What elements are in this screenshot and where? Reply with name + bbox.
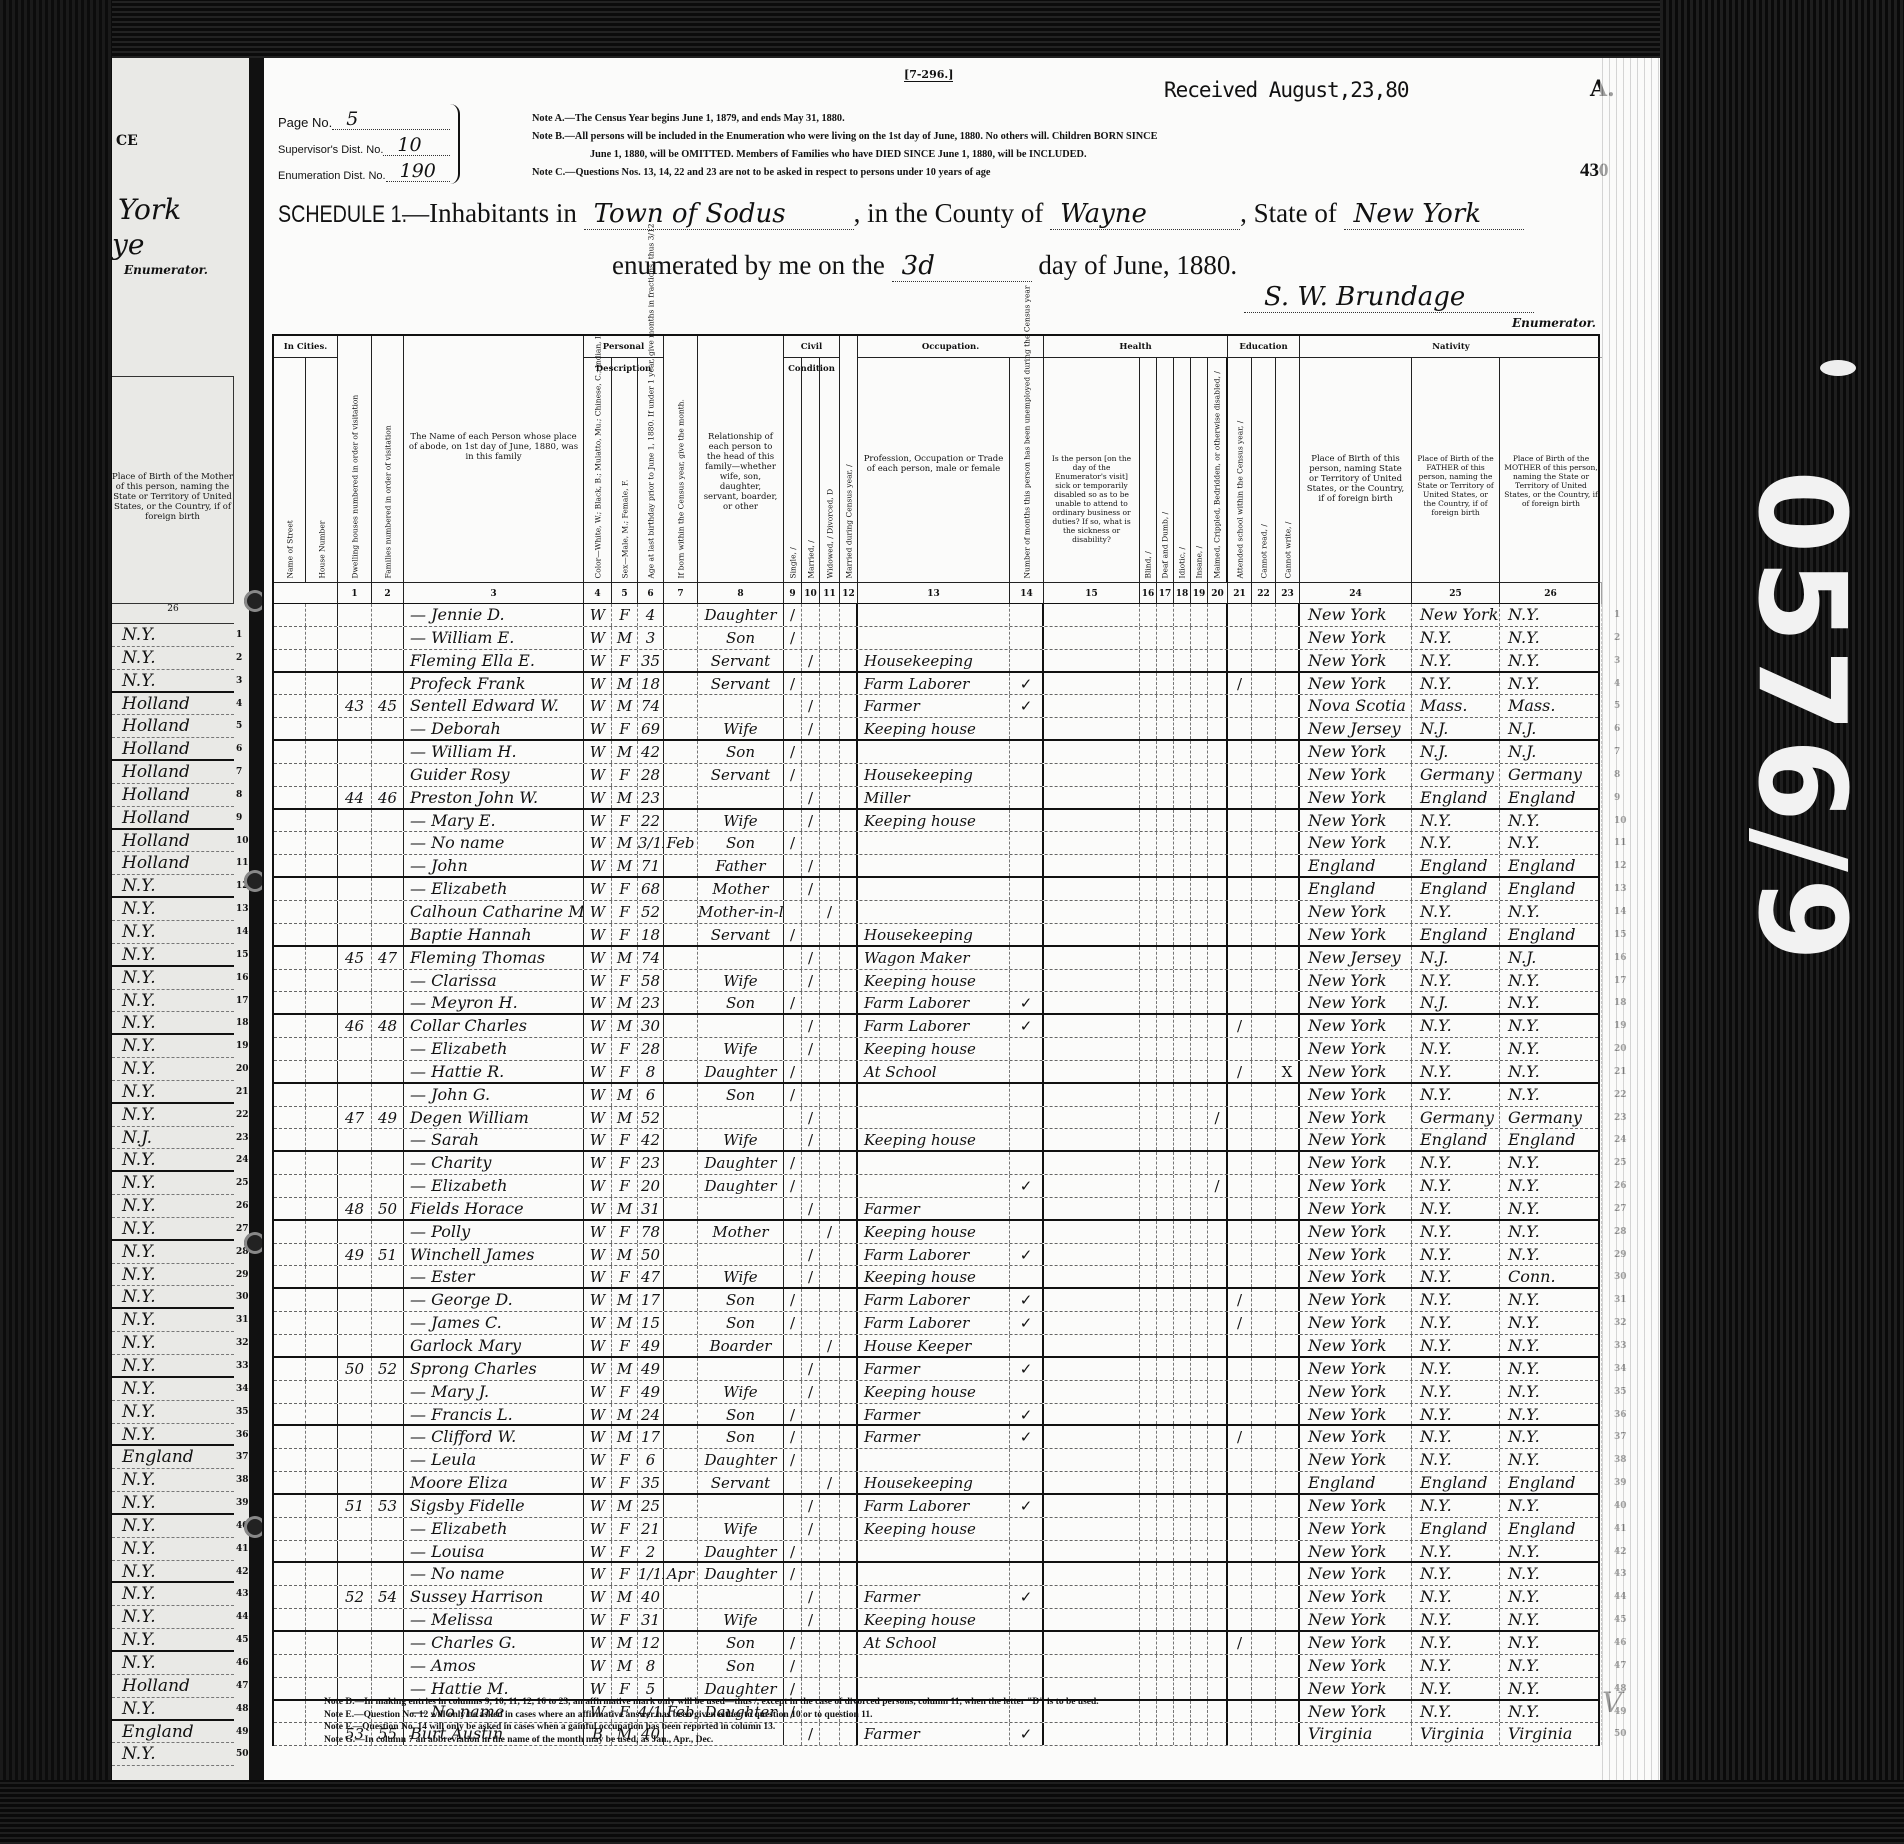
cell-cannot_write (1276, 1563, 1300, 1585)
cell-single: / (784, 1084, 802, 1106)
cell-father: England (1412, 787, 1500, 808)
cell-occupation: Farmer (858, 1586, 1010, 1608)
cell-mdc (840, 1107, 858, 1129)
cell-street (274, 1495, 306, 1517)
cell-single: / (784, 924, 802, 945)
cell-idiotic (1174, 1426, 1191, 1448)
cell-street (274, 1175, 306, 1197)
cell-widowed (820, 878, 840, 900)
cell-dwelling (338, 1084, 372, 1106)
col-23: Cannot write, / (1276, 358, 1300, 582)
cell-house (306, 924, 338, 945)
cell-idiotic (1174, 855, 1191, 876)
cell-occupation: Keeping house (858, 1038, 1010, 1060)
cell-name: — Amos (404, 1655, 584, 1677)
cell-widowed (820, 947, 840, 969)
prev-mother-birthplace: N.Y. (112, 624, 234, 647)
cell-house (306, 604, 338, 626)
cell-family (372, 855, 404, 876)
cell-mdc (840, 924, 858, 945)
cell-age: 31 (638, 1609, 664, 1630)
prev-mother-birthplace: Holland (112, 1675, 234, 1698)
cell-cannot_read (1252, 970, 1276, 992)
cell-age: 74 (638, 695, 664, 717)
cell-cannot_write (1276, 855, 1300, 876)
cell-mother: N.Y. (1500, 1358, 1602, 1380)
cell-color: W (584, 1084, 612, 1106)
cell-month (664, 855, 698, 876)
cell-blind (1140, 1495, 1157, 1517)
cell-relation (698, 947, 784, 969)
cell-month (664, 878, 698, 900)
cell-birth: New York (1300, 1015, 1412, 1037)
cell-occupation: Farmer (858, 695, 1010, 717)
cell-occupation (858, 901, 1010, 923)
cell-cannot_read (1252, 1107, 1276, 1129)
line-number: 41 (1614, 1518, 1638, 1540)
cell-insane (1191, 1266, 1208, 1287)
cell-mdc (840, 1061, 858, 1082)
schedule-label: SCHEDULE 1. (278, 201, 407, 229)
prev-line-numbers: 1234567891011121314151617181920212223242… (236, 624, 252, 1766)
cell-cannot_write (1276, 878, 1300, 900)
cell-mdc (840, 970, 858, 992)
page-no-label: Page No. (278, 115, 332, 130)
cell-relation (698, 695, 784, 717)
cell-relation: Wife (698, 970, 784, 992)
cell-cannot_read (1252, 1358, 1276, 1380)
cell-sick (1044, 787, 1140, 808)
cell-blind (1140, 604, 1157, 626)
cell-color: W (584, 787, 612, 808)
col-number: 24 (1300, 582, 1412, 604)
cell-street (274, 1084, 306, 1106)
cell-color: W (584, 1244, 612, 1266)
cell-deaf (1157, 1061, 1174, 1082)
col-number: 7 (664, 582, 698, 604)
col-9: Single, / (784, 358, 802, 582)
table-row: — Meyron H.WM23Son/Farm Laborer✓New York… (274, 992, 1598, 1015)
table-row: Moore ElizaWF35Servant/HousekeepingEngla… (274, 1472, 1598, 1495)
cell-single: / (784, 1152, 802, 1174)
line-number: 18 (1614, 992, 1638, 1014)
cell-house (306, 810, 338, 832)
cell-maimed (1208, 878, 1228, 900)
prev-enumerator-fragment: ye (112, 228, 144, 261)
table-row: 5254Sussey HarrisonWM40/Farmer✓New YorkN… (274, 1586, 1598, 1609)
cell-color: W (584, 650, 612, 671)
cell-sex: F (612, 650, 638, 671)
supervisor-line: Supervisor's Dist. No. 10 (278, 130, 450, 156)
cell-mother: England (1500, 1472, 1602, 1493)
cell-idiotic (1174, 1472, 1191, 1493)
col-number: 21 (1228, 582, 1252, 604)
cell-house (306, 627, 338, 649)
note-b-cont: June 1, 1880, will be OMITTED. Members o… (532, 146, 1572, 164)
cell-house (306, 1518, 338, 1540)
cell-street (274, 1655, 306, 1677)
cell-dwelling (338, 1518, 372, 1540)
cell-month: Feb (664, 832, 698, 854)
cell-widowed (820, 1038, 840, 1060)
table-row: — Francis L.WM24Son/Farmer✓New YorkN.Y.N… (274, 1404, 1598, 1427)
cell-mdc (840, 992, 858, 1013)
cell-dwelling (338, 1175, 372, 1197)
table-row: — JohnWM71Father/EnglandEnglandEngland12 (274, 855, 1598, 878)
cell-occupation: Farmer (858, 1358, 1010, 1380)
cell-mdc (840, 1586, 858, 1608)
cell-cannot_read (1252, 1084, 1276, 1106)
cell-street (274, 947, 306, 969)
cell-married: / (802, 787, 820, 808)
cell-blind (1140, 1632, 1157, 1654)
cell-mdc (840, 673, 858, 695)
cell-month (664, 1175, 698, 1197)
cell-deaf (1157, 992, 1174, 1013)
cell-cannot_write (1276, 1472, 1300, 1493)
cell-relation (698, 1107, 784, 1129)
table-row: Profeck FrankWM18Servant/Farm Laborer✓/N… (274, 673, 1598, 696)
cell-blind (1140, 1381, 1157, 1403)
cell-family (372, 992, 404, 1013)
cell-age: 50 (638, 1244, 664, 1266)
cell-cannot_read (1252, 1449, 1276, 1471)
cell-cannot_write (1276, 604, 1300, 626)
cell-widowed (820, 627, 840, 649)
cell-color: W (584, 1655, 612, 1677)
cell-widowed: / (820, 901, 840, 923)
prev-mother-birthplace: N.Y. (112, 1606, 234, 1629)
cell-birth: New York (1300, 1198, 1412, 1219)
cell-married: / (802, 1198, 820, 1219)
cell-father: N.J. (1412, 741, 1500, 763)
table-row: — LouisaWF2Daughter/New YorkN.Y.N.Y.42 (274, 1541, 1598, 1564)
cell-cannot_write (1276, 764, 1300, 786)
cell-mdc (840, 650, 858, 671)
cell-age: 28 (638, 1038, 664, 1060)
table-row: — William E.WM3Son/New YorkN.Y.N.Y.2 (274, 627, 1598, 650)
cell-school: / (1228, 1289, 1252, 1311)
cell-unemployed (1010, 901, 1044, 923)
cell-cannot_read (1252, 1586, 1276, 1608)
cell-unemployed (1010, 1221, 1044, 1243)
cell-father: N.Y. (1412, 1632, 1500, 1654)
cell-family (372, 627, 404, 649)
cell-father: England (1412, 1129, 1500, 1150)
cell-school (1228, 787, 1252, 808)
cell-month (664, 1266, 698, 1287)
cell-street (274, 1244, 306, 1266)
cell-married: / (802, 718, 820, 739)
cell-name: Winchell James (404, 1244, 584, 1266)
cell-age: 12 (638, 1632, 664, 1654)
cell-name: — George D. (404, 1289, 584, 1311)
cell-cannot_read (1252, 1655, 1276, 1677)
cell-single (784, 1518, 802, 1540)
cell-insane (1191, 832, 1208, 854)
cell-family (372, 924, 404, 945)
cell-family: 52 (372, 1358, 404, 1380)
prev-line-number: 24 (236, 1149, 252, 1172)
prev-mother-birthplaces: N.Y.N.Y.N.Y.HollandHollandHollandHolland… (112, 624, 234, 1766)
cell-sick (1044, 1129, 1140, 1150)
cell-deaf (1157, 673, 1174, 695)
cell-color: W (584, 695, 612, 717)
table-row: 4749Degen WilliamWM52//New YorkGermanyGe… (274, 1107, 1598, 1130)
cell-deaf (1157, 1312, 1174, 1334)
cell-street (274, 1266, 306, 1287)
cell-mdc (840, 855, 858, 876)
cell-street (274, 1518, 306, 1540)
cell-insane (1191, 1495, 1208, 1517)
cell-school (1228, 1586, 1252, 1608)
col-number: 2 (372, 582, 404, 604)
col-18: Idiotic, / (1174, 358, 1191, 582)
cell-school (1228, 1335, 1252, 1356)
cell-sex: M (612, 947, 638, 969)
prev-line-number: 16 (236, 967, 252, 990)
cell-school (1228, 1655, 1252, 1677)
cell-family (372, 810, 404, 832)
cell-maimed (1208, 627, 1228, 649)
table-row: — ClarissaWF58Wife/Keeping houseNew York… (274, 970, 1598, 993)
cell-sex: M (612, 695, 638, 717)
cell-widowed (820, 970, 840, 992)
cell-insane (1191, 1107, 1208, 1129)
cell-single (784, 1586, 802, 1608)
cell-cannot_write (1276, 1244, 1300, 1266)
cell-maimed (1208, 1449, 1228, 1471)
cell-house (306, 741, 338, 763)
census-table: In Cities. Name of Street House Number D… (272, 334, 1600, 1746)
col-number: 20 (1208, 582, 1228, 604)
cell-age: 47 (638, 1266, 664, 1287)
cell-maimed (1208, 1541, 1228, 1562)
cell-color: W (584, 1404, 612, 1425)
cell-married: / (802, 1129, 820, 1150)
cell-house (306, 1381, 338, 1403)
cell-month (664, 741, 698, 763)
cell-family (372, 1472, 404, 1493)
cell-age: 30 (638, 1015, 664, 1037)
cell-sick (1044, 1586, 1140, 1608)
cell-family (372, 1518, 404, 1540)
cell-occupation (858, 855, 1010, 876)
prev-line-number: 10 (236, 830, 252, 853)
cell-street (274, 741, 306, 763)
prev-mother-birthplace: N.Y. (112, 921, 234, 944)
cell-birth: New Jersey (1300, 718, 1412, 739)
cell-relation: Wife (698, 1381, 784, 1403)
cell-name: Preston John W. (404, 787, 584, 808)
cell-idiotic (1174, 1312, 1191, 1334)
cell-single: / (784, 741, 802, 763)
cell-dwelling (338, 810, 372, 832)
cell-idiotic (1174, 1244, 1191, 1266)
cell-idiotic (1174, 1038, 1191, 1060)
county-text: , in the County of (854, 198, 1044, 228)
cell-married (802, 604, 820, 626)
cell-cannot_write (1276, 1152, 1300, 1174)
prev-mother-birthplace: N.Y. (112, 670, 234, 693)
cell-birth: England (1300, 1472, 1412, 1493)
col-1: Dwelling houses numbered in order of vis… (338, 336, 372, 582)
cell-widowed (820, 1495, 840, 1517)
cell-idiotic (1174, 832, 1191, 854)
cell-single (784, 970, 802, 992)
table-row: — George D.WM17Son/Farm Laborer✓/New Yor… (274, 1289, 1598, 1312)
cell-maimed (1208, 1038, 1228, 1060)
cell-school (1228, 970, 1252, 992)
cell-age: 49 (638, 1381, 664, 1403)
cell-mother: England (1500, 878, 1602, 900)
col-number: 25 (1412, 582, 1500, 604)
cell-sex: F (612, 604, 638, 626)
cell-mother: N.Y. (1500, 1701, 1602, 1723)
cell-sex: M (612, 1084, 638, 1106)
note-b: Note B.—All persons will be included in … (532, 128, 1572, 146)
cell-dwelling (338, 832, 372, 854)
cell-single (784, 1107, 802, 1129)
cell-street (274, 604, 306, 626)
cell-widowed (820, 695, 840, 717)
col-number: 23 (1276, 582, 1300, 604)
cell-cannot_write (1276, 901, 1300, 923)
cell-blind (1140, 1061, 1157, 1082)
cell-mdc (840, 787, 858, 808)
cell-insane (1191, 1518, 1208, 1540)
cell-married (802, 627, 820, 649)
county-value: Wayne (1050, 199, 1240, 230)
cell-deaf (1157, 1266, 1174, 1287)
cell-color: W (584, 970, 612, 992)
cell-unemployed: ✓ (1010, 1289, 1044, 1311)
cell-birth: Nova Scotia (1300, 695, 1412, 717)
cell-cannot_write (1276, 1221, 1300, 1243)
line-number: 30 (1614, 1266, 1638, 1288)
cell-dwelling (338, 741, 372, 763)
cell-single (784, 1472, 802, 1493)
cell-mother: N.J. (1500, 947, 1602, 969)
cell-deaf (1157, 604, 1174, 626)
prev-line-number: 21 (236, 1081, 252, 1104)
cell-mother: N.Y. (1500, 1495, 1602, 1517)
cell-family (372, 832, 404, 854)
cell-maimed (1208, 1152, 1228, 1174)
cell-father: England (1412, 924, 1500, 945)
cell-married: / (802, 947, 820, 969)
cell-house (306, 1221, 338, 1243)
film-roll-number: 0576/9 (1731, 470, 1870, 967)
col-13: Profession, Occupation or Trade of each … (858, 358, 1010, 582)
cell-mother: N.Y. (1500, 1221, 1602, 1243)
cell-family (372, 650, 404, 671)
col-26: Place of Birth of the MOTHER of this per… (1500, 358, 1602, 582)
cell-insane (1191, 1381, 1208, 1403)
cell-insane (1191, 1038, 1208, 1060)
cell-family (372, 1449, 404, 1471)
cell-occupation (858, 1152, 1010, 1174)
prev-line-number: 3 (236, 670, 252, 693)
supervisor-label: Supervisor's Dist. No. (278, 144, 383, 156)
cell-blind (1140, 1312, 1157, 1334)
cell-unemployed (1010, 1518, 1044, 1540)
cell-insane (1191, 1175, 1208, 1197)
cell-street (274, 650, 306, 671)
cell-sex: M (612, 1586, 638, 1608)
cell-school (1228, 650, 1252, 671)
cell-mother: N.Y. (1500, 1312, 1602, 1334)
cell-deaf (1157, 1129, 1174, 1150)
col-14: Number of months this person has been un… (1010, 358, 1044, 582)
cell-sex: F (612, 1061, 638, 1082)
cell-maimed: / (1208, 1107, 1228, 1129)
cell-color: W (584, 1518, 612, 1540)
cell-sick (1044, 1061, 1140, 1082)
col-8: Relationship of each person to the head … (698, 336, 784, 582)
cell-cannot_write (1276, 924, 1300, 945)
cell-street (274, 1449, 306, 1471)
cell-dwelling (338, 1632, 372, 1654)
cell-color: W (584, 992, 612, 1013)
cell-idiotic (1174, 1655, 1191, 1677)
cell-mother: Mass. (1500, 695, 1602, 717)
table-header: In Cities. Name of Street House Number D… (274, 336, 1598, 604)
cell-sex: M (612, 832, 638, 854)
cell-family: 54 (372, 1586, 404, 1608)
line-number: 45 (1614, 1609, 1638, 1631)
cell-relation (698, 1586, 784, 1608)
line-number: 16 (1614, 947, 1638, 969)
table-row: 4547Fleming ThomasWM74/Wagon MakerNew Je… (274, 947, 1598, 970)
cell-street (274, 1609, 306, 1630)
cell-birth: New York (1300, 1244, 1412, 1266)
cell-family (372, 1152, 404, 1174)
cell-cannot_read (1252, 1015, 1276, 1037)
cell-house (306, 1358, 338, 1380)
cell-single (784, 1358, 802, 1380)
cell-birth: New York (1300, 1084, 1412, 1106)
cell-birth: England (1300, 878, 1412, 900)
cell-street (274, 832, 306, 854)
cell-cannot_read (1252, 718, 1276, 739)
cell-age: 71 (638, 855, 664, 876)
line-number: 47 (1614, 1655, 1638, 1677)
cell-school (1228, 741, 1252, 763)
cell-single: / (784, 1289, 802, 1311)
cell-month (664, 1404, 698, 1425)
cell-deaf (1157, 1015, 1174, 1037)
cell-color: W (584, 1061, 612, 1082)
cell-married (802, 924, 820, 945)
cell-color: W (584, 673, 612, 695)
cell-cannot_write (1276, 832, 1300, 854)
col-15: Is the person [on the day of the Enumera… (1044, 358, 1140, 582)
cell-single (784, 1495, 802, 1517)
cell-sick (1044, 1289, 1140, 1311)
cell-idiotic (1174, 718, 1191, 739)
cell-cannot_read (1252, 695, 1276, 717)
cell-cannot_read (1252, 832, 1276, 854)
table-row: Baptie HannahWF18Servant/HousekeepingNew… (274, 924, 1598, 947)
cell-widowed (820, 992, 840, 1013)
cell-house (306, 1198, 338, 1219)
cell-unemployed (1010, 878, 1044, 900)
note-a: Note A.—The Census Year begins June 1, 1… (532, 110, 1572, 128)
cell-maimed (1208, 764, 1228, 786)
cell-single: / (784, 832, 802, 854)
cell-age: 8 (638, 1655, 664, 1677)
